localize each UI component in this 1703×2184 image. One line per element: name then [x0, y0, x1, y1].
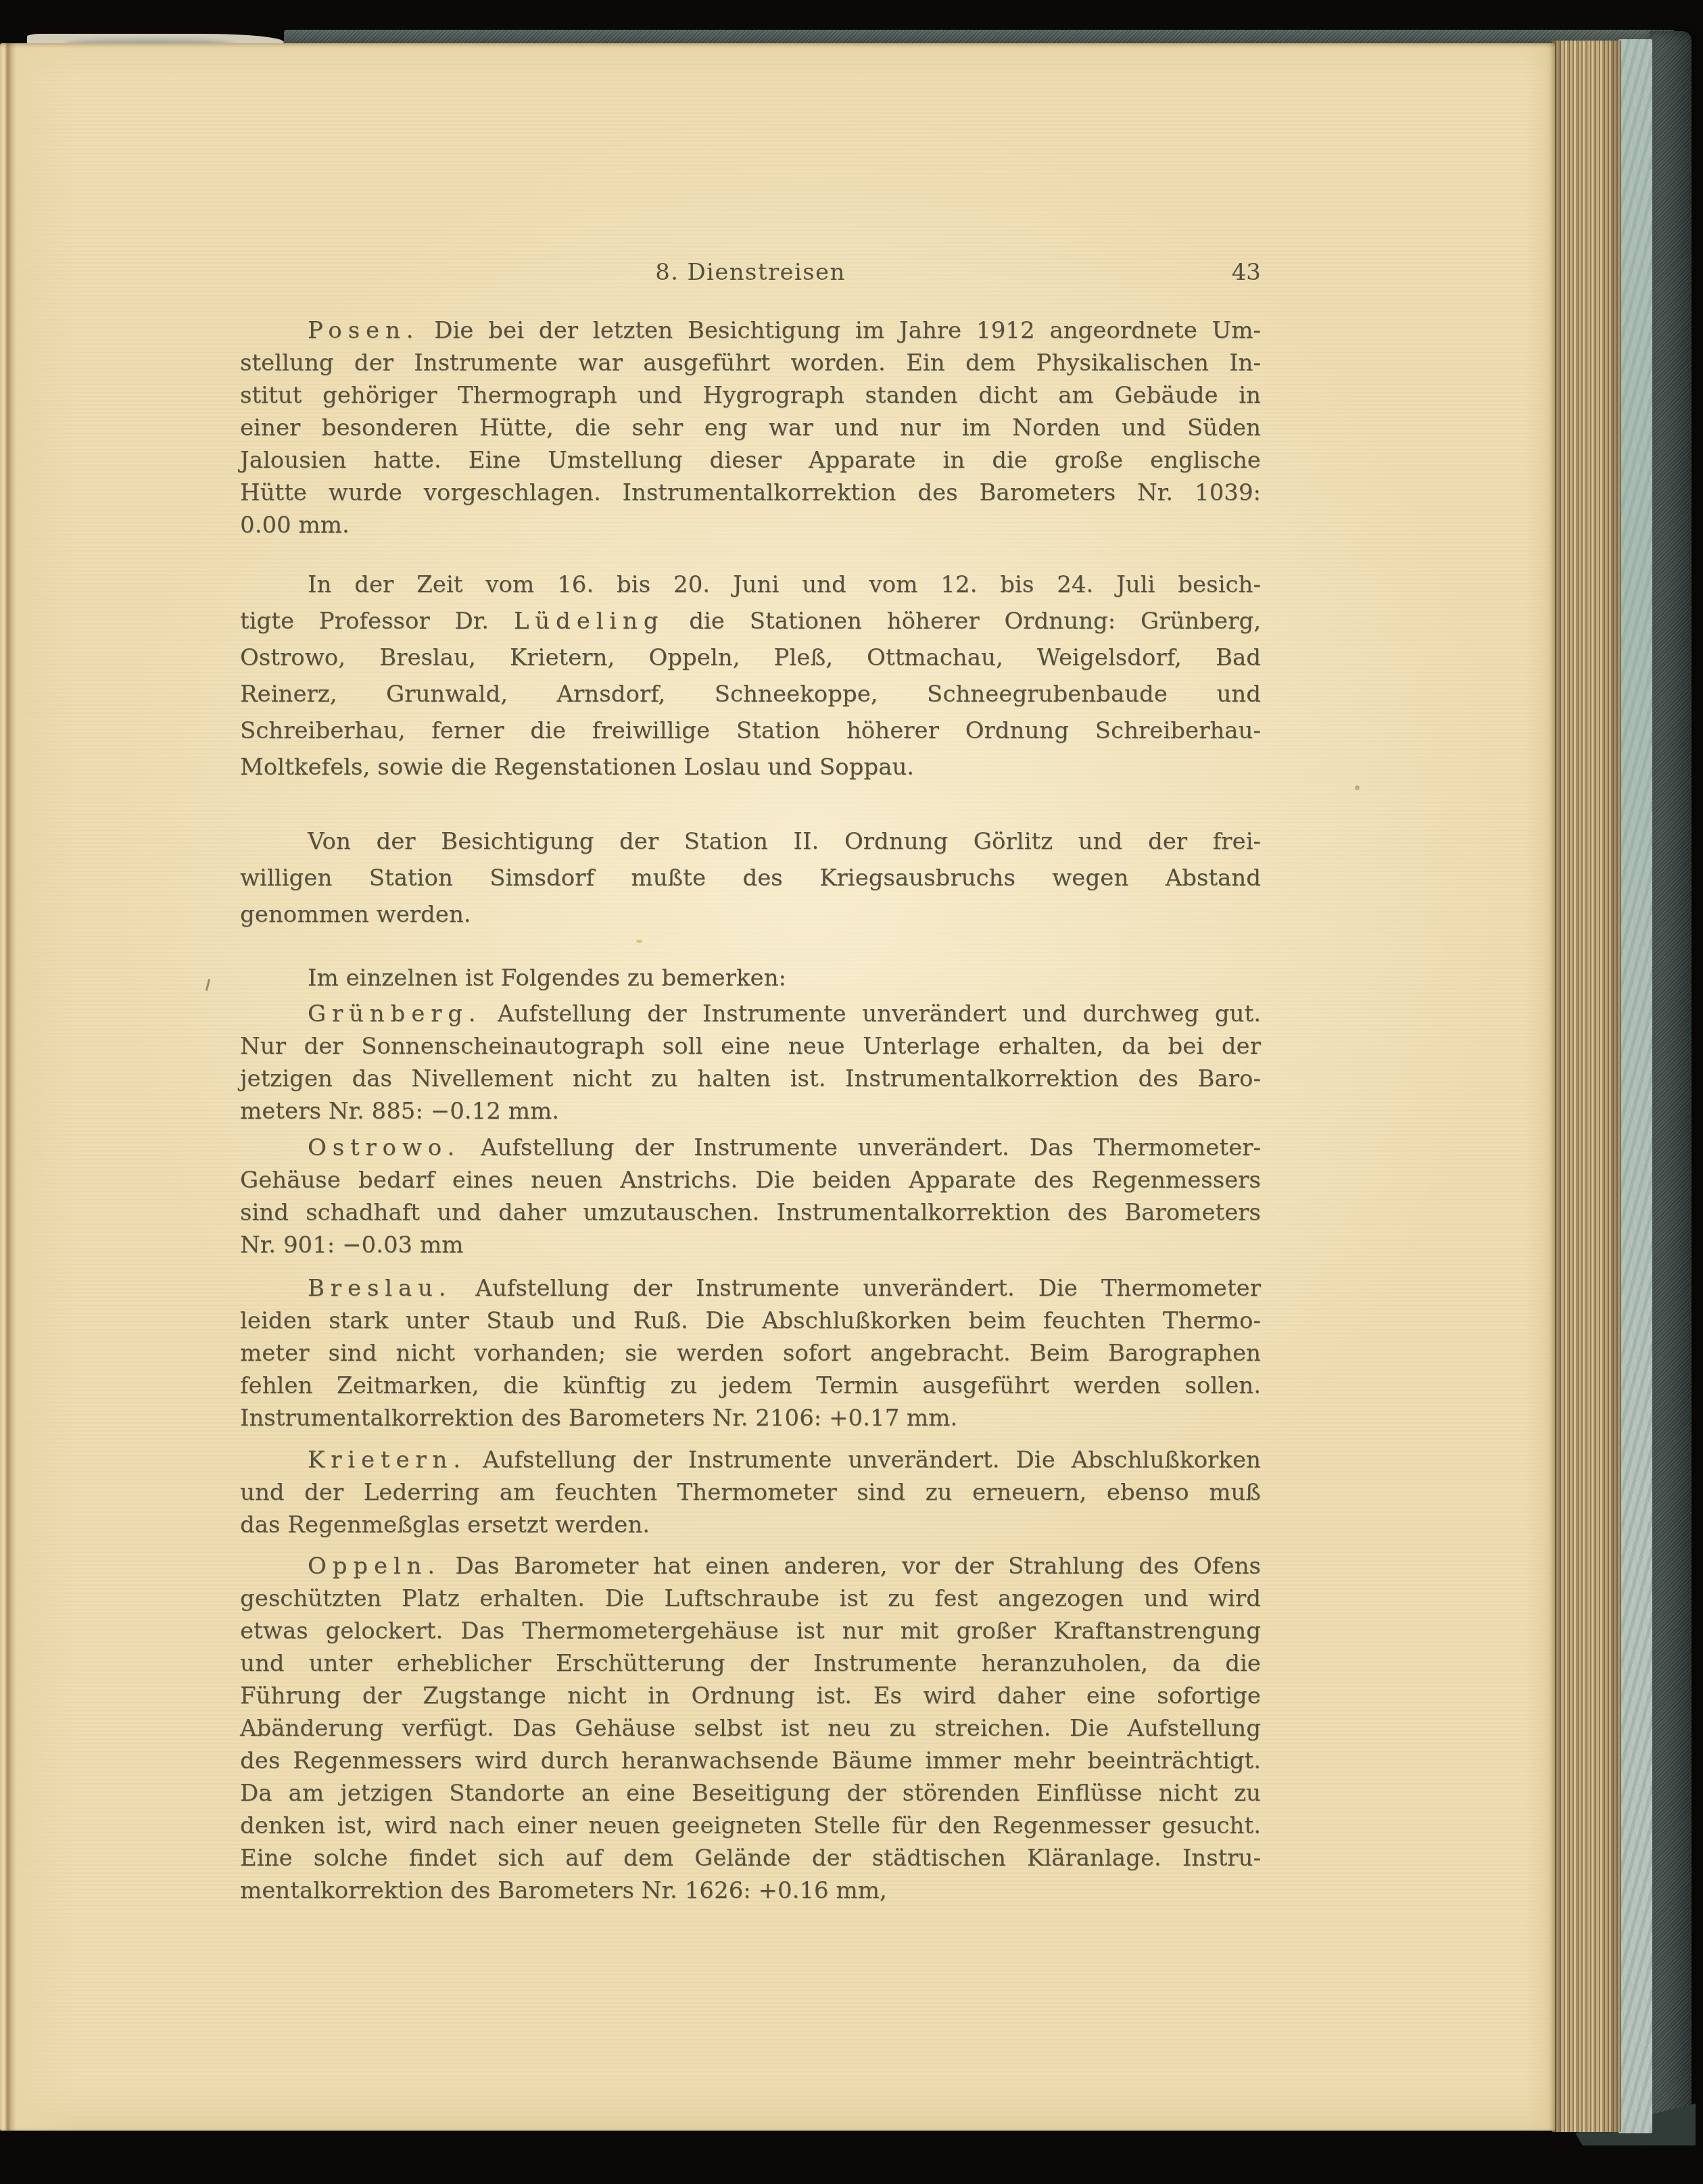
text-line: stitut gehöriger Thermograph und Hygrogr…	[240, 379, 1261, 412]
text-line: das Regenmeßglas ersetzt werden.	[240, 1509, 1261, 1541]
text-line: fehlen Zeitmarken, die künftig zu jedem …	[240, 1369, 1261, 1402]
text-line: und unter erheblicher Erschütterung der …	[240, 1647, 1261, 1680]
text-line: In der Zeit vom 16. bis 20. Juni und vom…	[240, 566, 1261, 603]
text-line: Schreiberhau, ferner die freiwillige Sta…	[240, 712, 1261, 749]
text-line: Moltkefels, sowie die Regenstationen Los…	[240, 749, 1261, 785]
endpaper-marbled-edge	[1618, 39, 1652, 2133]
text-line: Grünberg. Aufstellung der Instrumente un…	[240, 998, 1261, 1030]
text-line: etwas gelockert. Das Thermometergehäuse …	[240, 1615, 1261, 1647]
text-line: Abänderung verfügt. Das Gehäuse selbst i…	[240, 1712, 1261, 1745]
paragraph: Im einzelnen ist Folgendes zu bemerken:	[240, 962, 1261, 994]
paper-fleck	[636, 940, 642, 943]
text-line: 0.00 mm.	[240, 509, 1261, 541]
text-line: Posen. Die bei der letzten Besichtigung …	[240, 314, 1261, 347]
paragraph: In der Zeit vom 16. bis 20. Juni und vom…	[240, 566, 1261, 785]
text-line: jetzigen das Nivellement nicht zu halten…	[240, 1063, 1261, 1095]
text-line: Im einzelnen ist Folgendes zu bemerken:	[240, 962, 1261, 994]
page-stack-fore-edge	[1552, 41, 1621, 2132]
text-line: einer besonderen Hütte, die sehr eng war…	[240, 412, 1261, 444]
text-line: genommen werden.	[240, 896, 1261, 933]
scanned-book-photo: 8. Dienstreisen 43 Posen. Die bei der le…	[0, 0, 1703, 2184]
text-line: Nr. 901: −0.03 mm	[240, 1229, 1261, 1261]
text-line: und der Lederring am feuchten Thermomete…	[240, 1476, 1261, 1509]
text-line: Ostrowo, Breslau, Krietern, Oppeln, Pleß…	[240, 639, 1261, 676]
paragraph: Ostrowo. Aufstellung der Instrumente unv…	[240, 1132, 1261, 1261]
text-line: leiden stark unter Staub und Ruß. Die Ab…	[240, 1305, 1261, 1337]
text-line: meter sind nicht vorhanden; sie werden s…	[240, 1337, 1261, 1369]
text-line: mentalkorrektion des Barometers Nr. 1626…	[240, 1874, 1261, 1907]
text-line: Gehäuse bedarf eines neuen Anstrichs. Di…	[240, 1164, 1261, 1196]
book-cover-right-edge	[1650, 31, 1692, 2143]
text-line: Da am jetzigen Standorte an eine Beseiti…	[240, 1777, 1261, 1810]
text-line: Ostrowo. Aufstellung der Instrumente unv…	[240, 1132, 1261, 1164]
page-header: 8. Dienstreisen 43	[240, 257, 1261, 288]
text-line: geschützten Platz erhalten. Die Luftschr…	[240, 1582, 1261, 1615]
text-line: Eine solche findet sich auf dem Gelände …	[240, 1842, 1261, 1874]
paragraph: Grünberg. Aufstellung der Instrumente un…	[240, 998, 1261, 1127]
text-line: Nur der Sonnenscheinautograph soll eine …	[240, 1030, 1261, 1063]
text-line: tigte Professor Dr. Lüdeling die Station…	[240, 603, 1261, 639]
section-title: 8. Dienstreisen	[240, 257, 1261, 288]
text-line: Jalousien hatte. Eine Umstellung dieser …	[240, 444, 1261, 477]
text-line: Krietern. Aufstellung der Instrumente un…	[240, 1444, 1261, 1476]
ink-speck	[206, 979, 210, 991]
text-line: stellung der Instrumente war ausgeführt …	[240, 347, 1261, 379]
text-line: des Regenmessers wird durch heranwachsen…	[240, 1745, 1261, 1777]
text-line: Oppeln. Das Barometer hat einen anderen,…	[240, 1550, 1261, 1582]
ink-speck	[1355, 785, 1360, 790]
text-line: Von der Besichtigung der Station II. Ord…	[240, 823, 1261, 860]
text-line: Breslau. Aufstellung der Instrumente unv…	[240, 1272, 1261, 1305]
page-number: 43	[1232, 257, 1261, 288]
paragraph: Posen. Die bei der letzten Besichtigung …	[240, 314, 1261, 541]
text-line: Führung der Zugstange nicht in Ordnung i…	[240, 1680, 1261, 1712]
book-page: 8. Dienstreisen 43 Posen. Die bei der le…	[0, 43, 1555, 2131]
paragraph: Von der Besichtigung der Station II. Ord…	[240, 823, 1261, 933]
text-block: Posen. Die bei der letzten Besichtigung …	[240, 314, 1261, 1907]
text-line: Hütte wurde vorgeschlagen. Instrumentalk…	[240, 477, 1261, 509]
text-line: Reinerz, Grunwald, Arnsdorf, Schneekoppe…	[240, 676, 1261, 712]
gutter-crease	[6, 43, 9, 2131]
text-line: willigen Station Simsdorf mußte des Krie…	[240, 860, 1261, 896]
text-line: meters Nr. 885: −0.12 mm.	[240, 1095, 1261, 1127]
paragraph: Krietern. Aufstellung der Instrumente un…	[240, 1444, 1261, 1541]
text-line: Instrumentalkorrektion des Barometers Nr…	[240, 1402, 1261, 1434]
text-line: sind schadhaft und daher umzutauschen. I…	[240, 1196, 1261, 1229]
text-line: denken ist, wird nach einer neuen geeign…	[240, 1810, 1261, 1842]
paragraph: Breslau. Aufstellung der Instrumente unv…	[240, 1272, 1261, 1434]
paragraph: Oppeln. Das Barometer hat einen anderen,…	[240, 1550, 1261, 1907]
